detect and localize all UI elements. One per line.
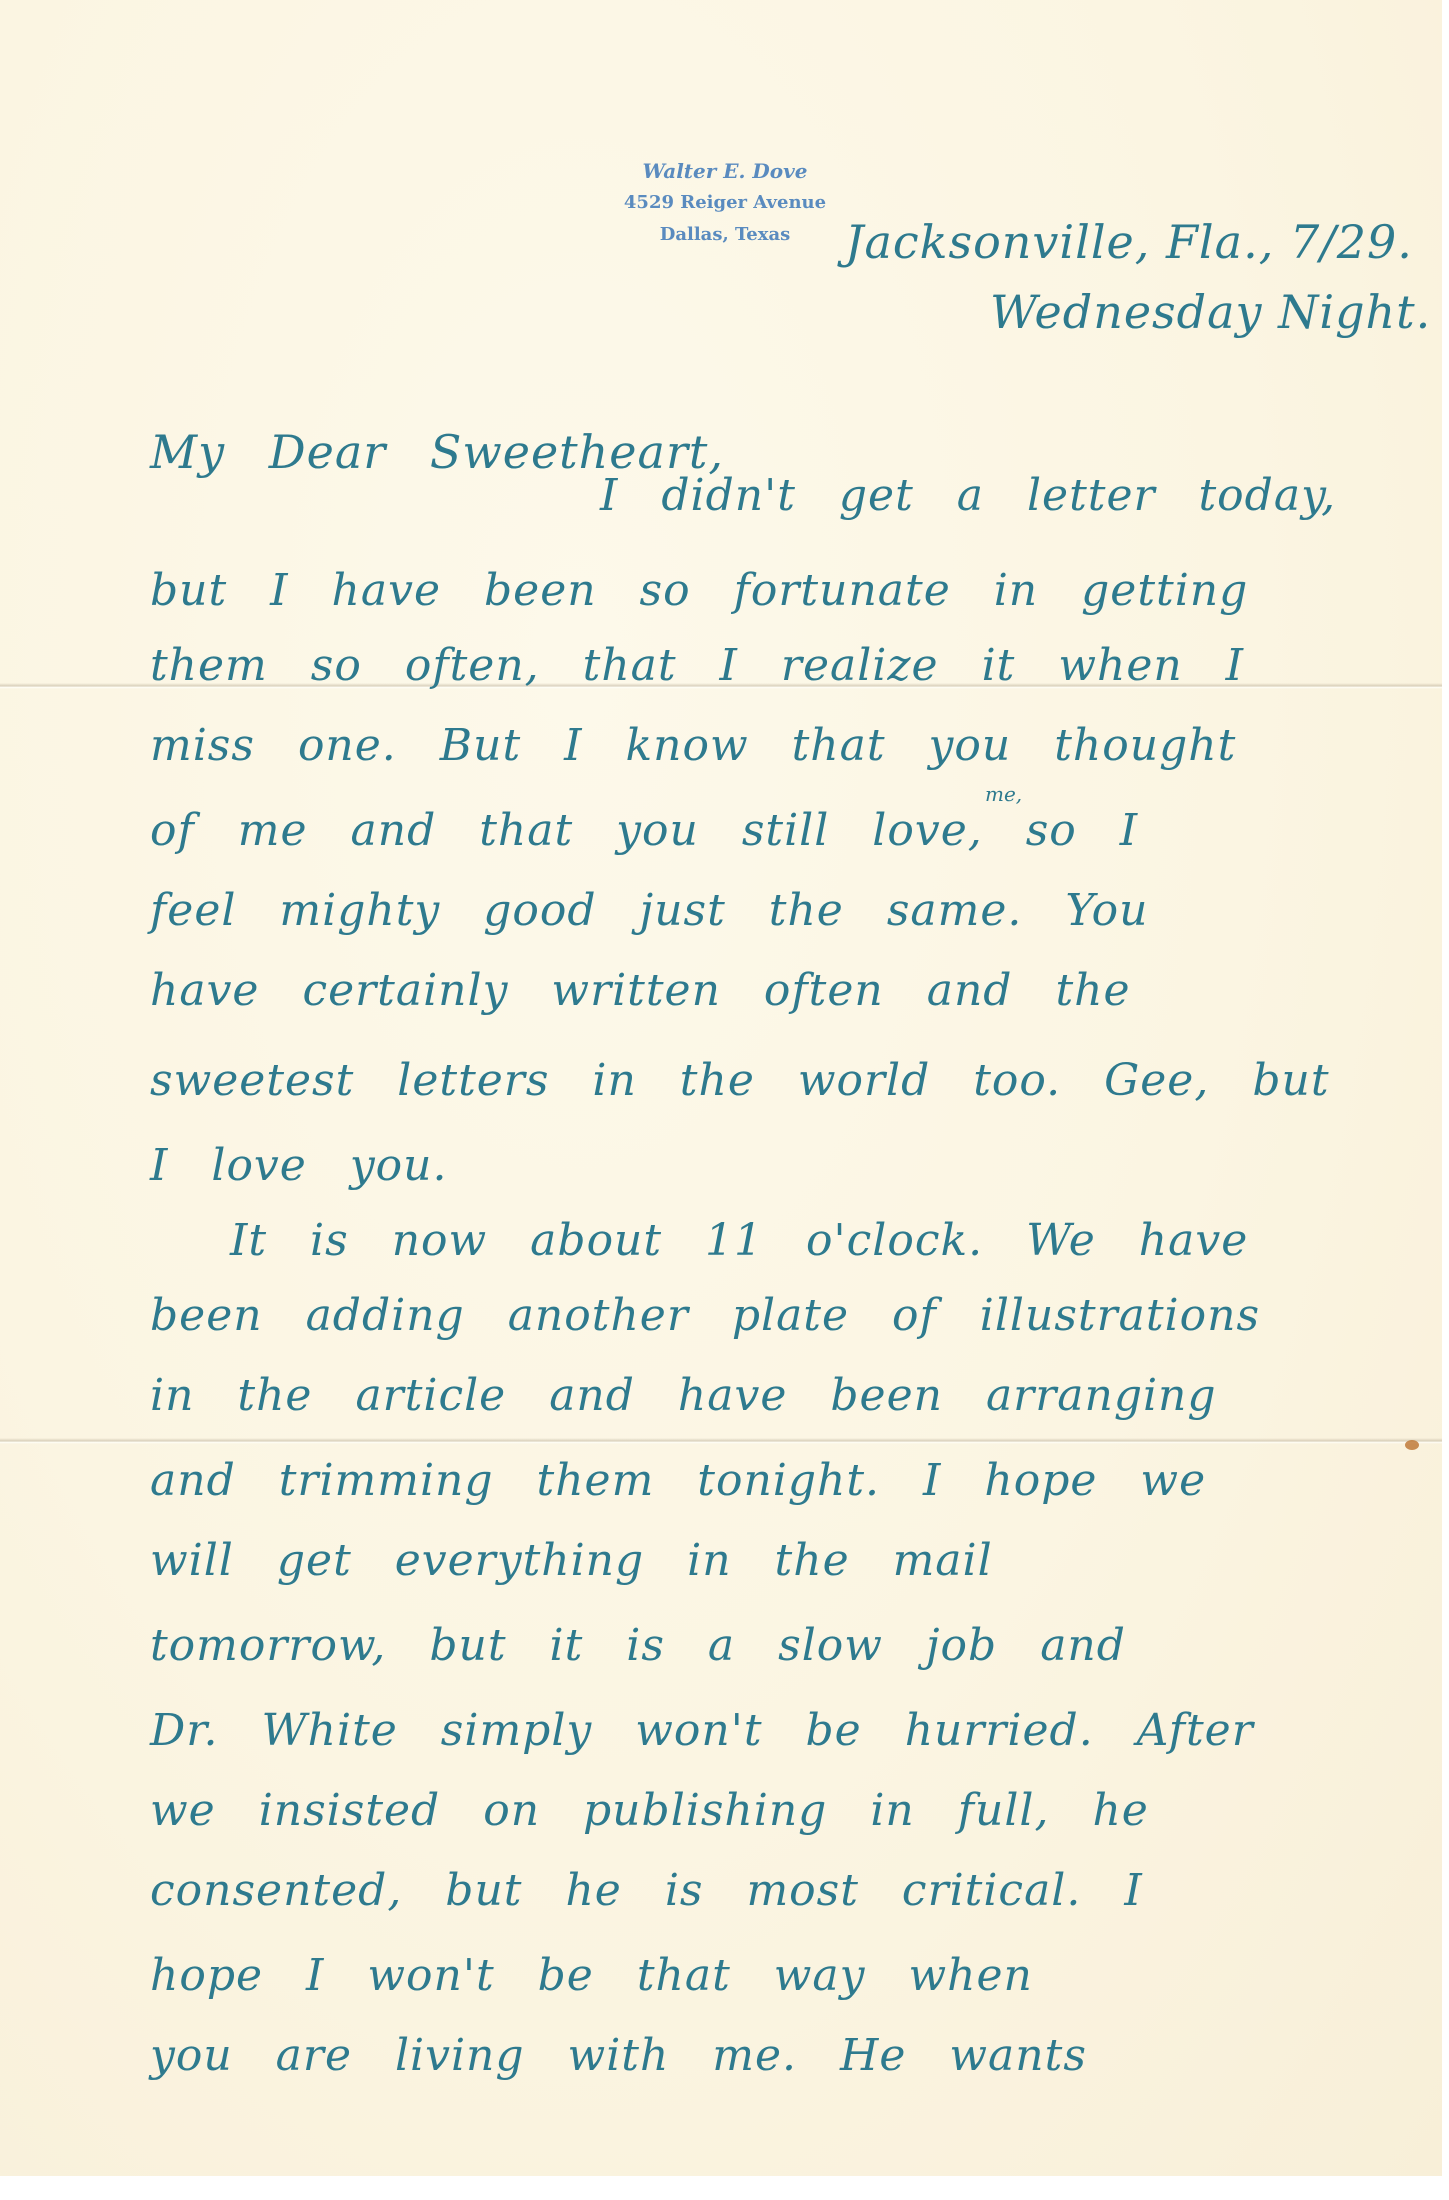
rust-stain — [1405, 1440, 1419, 1450]
body-line: consented, but he is most critical. I — [150, 1865, 1143, 1916]
body-line: Dr. White simply won't be hurried. After — [150, 1705, 1254, 1756]
letterhead-name: Walter E. Dove — [600, 155, 850, 187]
letterhead-address: 4529 Reiger Avenue — [600, 187, 850, 219]
body-line: I didn't get a letter today, — [600, 470, 1336, 521]
body-line: we insisted on publishing in full, he — [150, 1785, 1149, 1836]
body-line: have certainly written often and the — [150, 965, 1131, 1016]
dateline-day: Wednesday Night. — [990, 285, 1431, 339]
body-line: them so often, that I realize it when I — [150, 640, 1244, 691]
body-line: been adding another plate of illustratio… — [150, 1290, 1260, 1341]
body-line: feel mighty good just the same. You — [150, 885, 1148, 936]
body-line: and trimming them tonight. I hope we — [150, 1455, 1206, 1506]
letterhead: Walter E. Dove 4529 Reiger Avenue Dallas… — [600, 155, 850, 251]
inserted-word: me, — [985, 782, 1022, 806]
body-line: hope I won't be that way when — [150, 1950, 1033, 2001]
body-line: tomorrow, but it is a slow job and — [150, 1620, 1126, 1671]
body-line: sweetest letters in the world too. Gee, … — [150, 1055, 1330, 1106]
body-line: will get everything in the mail — [150, 1535, 993, 1586]
body-line: of me and that you still love, so I — [150, 805, 1138, 856]
body-line: I love you. — [150, 1140, 447, 1191]
body-line: miss one. But I know that you thought — [150, 720, 1236, 771]
body-line: but I have been so fortunate in getting — [150, 565, 1248, 616]
body-line: in the article and have been arranging — [150, 1370, 1217, 1421]
letter-paper: Walter E. Dove 4529 Reiger Avenue Dallas… — [0, 0, 1442, 2176]
body-line: It is now about 11 o'clock. We have — [230, 1215, 1248, 1266]
body-line: you are living with me. He wants — [150, 2030, 1087, 2081]
dateline-place-date: Jacksonville, Fla., 7/29. — [845, 215, 1413, 269]
fold-crease-lower — [0, 1438, 1442, 1444]
letterhead-city: Dallas, Texas — [600, 219, 850, 251]
